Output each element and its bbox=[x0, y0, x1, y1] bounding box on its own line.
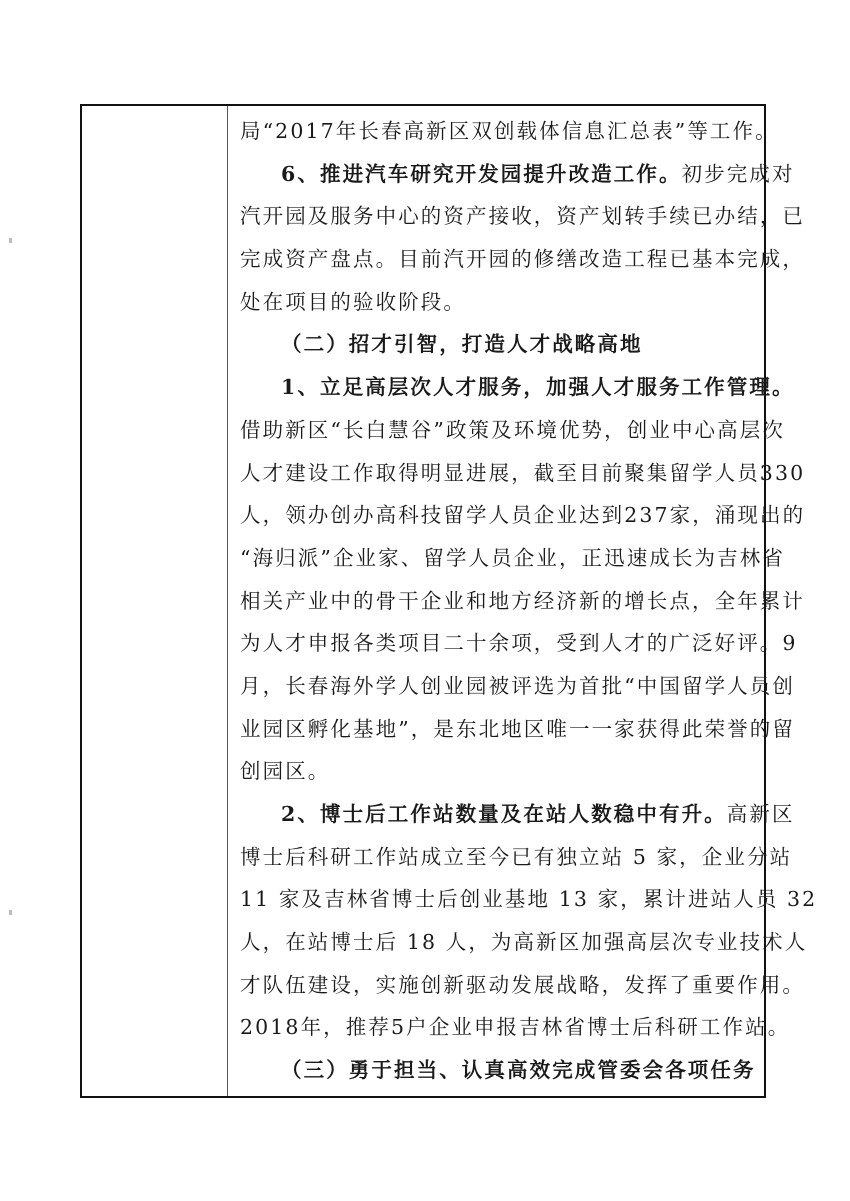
text-run: 人才建设工作取得明显进展，截至目前聚集留学人员330 bbox=[240, 461, 805, 485]
text-run: 处在项目的验收阶段。 bbox=[240, 290, 466, 314]
item-heading-6: 6、推进汽车研究开发园提升改造工作。初步完成对 bbox=[240, 153, 754, 196]
text-run: 为人才申报各类项目二十余项，受到人才的广泛好评。9 bbox=[240, 631, 798, 655]
text-line: 汽开园及服务中心的资产接收，资产划转手续已办结，已 bbox=[240, 195, 754, 238]
text-line: 为人才申报各类项目二十余项，受到人才的广泛好评。9 bbox=[240, 622, 754, 665]
text-run: 相关产业中的骨干企业和地方经济新的增长点，全年累计 bbox=[240, 589, 805, 613]
item-heading-2: 2、博士后工作站数量及在站人数稳中有升。高新区 bbox=[240, 793, 754, 836]
table-left-cell bbox=[82, 106, 228, 1096]
bold-heading-run: 2、博士后工作站数量及在站人数稳中有升。 bbox=[281, 802, 727, 826]
document-table: 局“2017年长春高新区双创载体信息汇总表”等工作。 6、推进汽车研究开发园提升… bbox=[80, 104, 766, 1098]
text-run: 借助新区“长白慧谷”政策及环境优势，创业中心高层次 bbox=[240, 418, 785, 442]
item-heading-1: 1、立足高层次人才服务，加强人才服务工作管理。 bbox=[240, 366, 754, 409]
section-heading-text: （三）勇于担当、认真高效完成管委会各项任务 bbox=[281, 1058, 756, 1082]
section-heading-2: （二）招才引智，打造人才战略高地 bbox=[240, 323, 754, 366]
text-line: 人，在站博士后 18 人，为高新区加强高层次专业技术人 bbox=[240, 921, 754, 964]
text-run: 人，领办创办高科技留学人员企业达到237家，涌现出的 bbox=[240, 503, 805, 527]
text-run: 初步完成对 bbox=[682, 162, 795, 186]
text-run: 2018年，推荐5户企业申报吉林省博士后科研工作站。 bbox=[240, 1015, 790, 1039]
text-line: 博士后科研工作站成立至今已有独立站 5 家，企业分站 bbox=[240, 836, 754, 879]
text-run: 人，在站博士后 18 人，为高新区加强高层次专业技术人 bbox=[240, 930, 807, 954]
text-line: 完成资产盘点。目前汽开园的修缮改造工程已基本完成， bbox=[240, 238, 754, 281]
text-run: 完成资产盘点。目前汽开园的修缮改造工程已基本完成， bbox=[240, 247, 805, 271]
text-line: 相关产业中的骨干企业和地方经济新的增长点，全年累计 bbox=[240, 580, 754, 623]
text-run: 月，长春海外学人创业园被评选为首批“中国留学人员创 bbox=[240, 674, 795, 698]
text-line: 人，领办创办高科技留学人员企业达到237家，涌现出的 bbox=[240, 494, 754, 537]
text-run: “海归派”企业家、留学人员企业，正迅速成长为吉林省 bbox=[240, 546, 785, 570]
text-run: 局“2017年长春高新区双创载体信息汇总表”等工作。 bbox=[240, 119, 778, 143]
text-line: 处在项目的验收阶段。 bbox=[240, 281, 754, 324]
scan-mark bbox=[9, 910, 12, 915]
table-content-cell: 局“2017年长春高新区双创载体信息汇总表”等工作。 6、推进汽车研究开发园提升… bbox=[228, 106, 764, 1096]
text-line: 人才建设工作取得明显进展，截至目前聚集留学人员330 bbox=[240, 452, 754, 495]
text-line: 借助新区“长白慧谷”政策及环境优势，创业中心高层次 bbox=[240, 409, 754, 452]
text-run: 高新区 bbox=[727, 802, 795, 826]
text-run: 业园区孵化基地”，是东北地区唯一一家获得此荣誉的留 bbox=[240, 717, 795, 741]
bold-heading-run: 6、推进汽车研究开发园提升改造工作。 bbox=[281, 162, 682, 186]
text-line: 11 家及吉林省博士后创业基地 13 家，累计进站人员 32 bbox=[240, 878, 754, 921]
text-line: “海归派”企业家、留学人员企业，正迅速成长为吉林省 bbox=[240, 537, 754, 580]
text-line: 才队伍建设，实施创新驱动发展战略，发挥了重要作用。 bbox=[240, 964, 754, 1007]
section-heading-text: （二）招才引智，打造人才战略高地 bbox=[281, 332, 643, 356]
text-line: 局“2017年长春高新区双创载体信息汇总表”等工作。 bbox=[240, 110, 754, 153]
text-run: 博士后科研工作站成立至今已有独立站 5 家，企业分站 bbox=[240, 845, 792, 869]
text-line: 2018年，推荐5户企业申报吉林省博士后科研工作站。 bbox=[240, 1006, 754, 1049]
text-run: 11 家及吉林省博士后创业基地 13 家，累计进站人员 32 bbox=[240, 887, 817, 911]
text-run: 汽开园及服务中心的资产接收，资产划转手续已办结，已 bbox=[240, 204, 805, 228]
text-run: 创园区。 bbox=[240, 759, 330, 783]
section-heading-3: （三）勇于担当、认真高效完成管委会各项任务 bbox=[240, 1049, 754, 1092]
scan-mark bbox=[9, 238, 12, 243]
text-line: 月，长春海外学人创业园被评选为首批“中国留学人员创 bbox=[240, 665, 754, 708]
text-line: 业园区孵化基地”，是东北地区唯一一家获得此荣誉的留 bbox=[240, 708, 754, 751]
bold-heading-run: 1、立足高层次人才服务，加强人才服务工作管理。 bbox=[281, 375, 795, 399]
text-line: 创园区。 bbox=[240, 750, 754, 793]
text-run: 才队伍建设，实施创新驱动发展战略，发挥了重要作用。 bbox=[240, 973, 805, 997]
